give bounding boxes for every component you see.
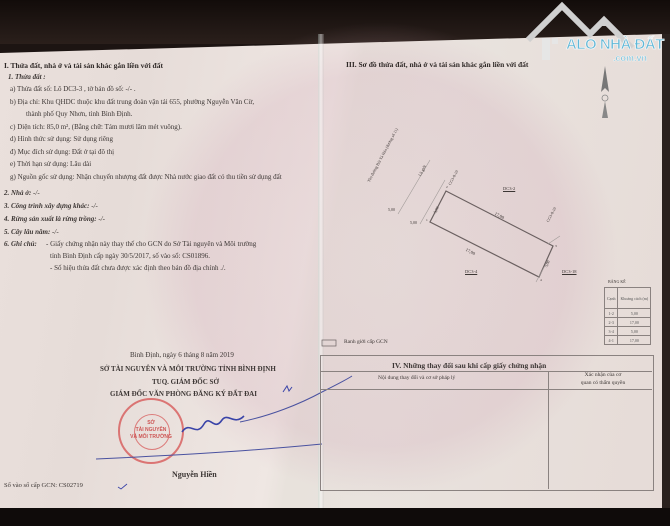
coord-distance: 5,00: [618, 309, 651, 318]
parcel-boundary: [430, 191, 553, 277]
point-4: 4: [540, 279, 542, 283]
coord-edge: 3-4: [605, 327, 618, 336]
changes-title: IV. Những thay đổi sau khi cấp giấy chứn…: [392, 362, 546, 370]
neighbor-bottom-label: DC3-4: [465, 270, 477, 275]
changes-col-confirm-1: Xác nhận của cơ: [558, 373, 648, 379]
watermark-brand: ALO NHÀ ĐẤT: [566, 36, 664, 53]
point-3: 3: [555, 245, 557, 249]
coord-table: Cạnh Khoảng cách (m) 1-25,00 2-317,00 3-…: [604, 287, 651, 345]
setback-label-1: 5,00: [388, 208, 395, 212]
house-logo-icon: [520, 0, 670, 70]
legend-boundary-label: Ranh giới cấp GCN: [344, 340, 388, 346]
table-row: 3-45,00: [605, 327, 651, 336]
coord-table-title: BẢNG KÊ: [608, 280, 626, 284]
point-1: 1: [426, 219, 428, 223]
watermark-domain: .com.vn: [613, 53, 647, 63]
changes-header-divider: [320, 389, 652, 390]
coord-header-edge: Cạnh: [605, 288, 618, 309]
north-arrow-icon: [601, 66, 609, 118]
neighbor-right-label: DC3-18: [562, 270, 577, 275]
coord-table-header: Cạnh Khoảng cách (m): [605, 288, 651, 309]
coord-edge: 1-2: [605, 309, 618, 318]
changes-col-confirm-2: quan có thẩm quyền: [558, 381, 648, 387]
coord-distance: 5,00: [618, 327, 651, 336]
coord-distance: 17,00: [618, 318, 651, 327]
point-2: 2: [446, 186, 448, 190]
coord-distance: 17,00: [618, 336, 651, 345]
table-row: 4-117,00: [605, 336, 651, 345]
table-row: 1-25,00: [605, 309, 651, 318]
neighbor-top-label: DC3-2: [503, 187, 515, 192]
changes-col-content: Nội dung thay đổi và cơ sở pháp lý: [378, 376, 455, 382]
table-row: 2-317,00: [605, 318, 651, 327]
changes-column-divider: [548, 371, 549, 489]
coord-edge: 4-1: [605, 336, 618, 345]
coord-edge: 2-3: [605, 318, 618, 327]
setback-label-2: 5,00: [410, 221, 417, 225]
coord-header-distance: Khoảng cách (m): [618, 288, 651, 309]
